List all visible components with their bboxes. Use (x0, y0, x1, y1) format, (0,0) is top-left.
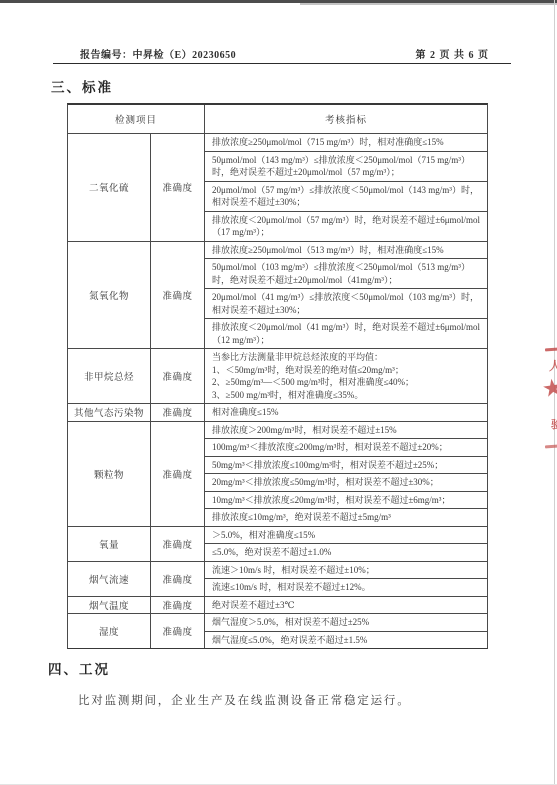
indicator-subrow: 烟气湿度＞5.0%，相对误差不超过±25% (205, 614, 487, 631)
indicator-text: ＞5.0%，相对准确度≤15% (212, 529, 483, 542)
red-seal-fragment: 人 ★ 验 (542, 344, 557, 456)
indicator-subrow: 排放浓度＜20μmol/mol（41 mg/m³）时，绝对误差不超过±6μmol… (205, 318, 487, 348)
table-row-group: 湿度准确度烟气湿度＞5.0%，相对误差不超过±25%烟气湿度≤5.0%，绝对误差… (68, 613, 487, 648)
indicator-text: 20mg/m³＜排放浓度≤50mg/m³时，相对误差不超过±30%； (212, 476, 483, 489)
indicator-subrow: 50μmol/mol（103 mg/m³）≤排放浓度＜250μmol/mol（5… (205, 258, 487, 288)
indicator-subrow: 50μmol/mol（143 mg/m³）≤排放浓度＜250μmol/mol（7… (205, 151, 487, 181)
indicator-subrow: 50mg/m³＜排放浓度≤100mg/m³时，相对误差不超过±25%； (205, 456, 487, 474)
table-metric-cell: 准确度 (151, 349, 205, 403)
indicator-subrow: 10mg/m³＜排放浓度≤20mg/m³时，相对误差不超过±6mg/m³； (205, 491, 487, 509)
table-row-group: 烟气流速准确度流速＞10m/s 时，相对误差不超过±10%；流速≤10m/s 时… (68, 561, 487, 596)
indicator-text: 排放浓度＜20μmol/mol（57 mg/m³）时，绝对误差不超过±6μmol… (212, 214, 483, 239)
header-divider (53, 63, 511, 64)
indicator-text: 流速≤10m/s 时，相对误差不超过±12%。 (212, 581, 483, 594)
indicator-text: 排放浓度≥250μmol/mol（715 mg/m³）时，相对准确度≤15% (212, 136, 483, 149)
table-indicator-cell: 当参比方法测量非甲烷总烃浓度的平均值：1、＜50mg/m³时，绝对误差的绝对值≤… (205, 349, 487, 403)
table-indicator-cell: 绝对误差不超过±3℃ (205, 597, 487, 614)
table-row-group: 氮氧化物准确度排放浓度≥250μmol/mol（513 mg/m³）时，相对准确… (68, 241, 487, 349)
indicator-subrow: ＞5.0%，相对准确度≤15% (205, 527, 487, 544)
table-metric-cell: 准确度 (151, 242, 205, 349)
seal-bar-top (545, 348, 557, 352)
indicator-text: 烟气湿度＞5.0%，相对误差不超过±25% (212, 616, 483, 629)
indicator-text: 3、≥500 mg/m³时，相对准确度≤35%。 (212, 389, 483, 402)
table-item-cell: 其他气态污染物 (68, 404, 151, 421)
table-metric-cell: 准确度 (151, 527, 205, 561)
indicator-text: 排放浓度＞200mg/m³时，相对误差不超过±15% (212, 424, 483, 437)
indicator-subrow: 20mg/m³＜排放浓度≤50mg/m³时，相对误差不超过±30%； (205, 473, 487, 491)
table-indicator-cell: 排放浓度＞200mg/m³时，相对误差不超过±15%100mg/m³＜排放浓度≤… (205, 422, 487, 526)
indicator-text: 流速＞10m/s 时，相对误差不超过±10%； (212, 564, 483, 577)
indicator-subrow: 排放浓度＞200mg/m³时，相对误差不超过±15% (205, 422, 487, 439)
indicator-subrow: 烟气湿度≤5.0%，绝对误差不超过±1.5% (205, 631, 487, 649)
page-header: 报告编号：中昇检（E）20230650 第 2 页 共 6 页 (0, 46, 557, 62)
indicator-text: 排放浓度≤10mg/m³，绝对误差不超过±5mg/m³ (212, 511, 483, 524)
table-indicator-cell: 相对准确度≤15% (205, 404, 487, 421)
table-row-group: 颗粒物准确度排放浓度＞200mg/m³时，相对误差不超过±15%100mg/m³… (68, 421, 487, 526)
table-body: 二氧化硫准确度排放浓度≥250μmol/mol（715 mg/m³）时，相对准确… (68, 133, 487, 648)
section-title-condition: 四、工况 (48, 658, 557, 678)
table-header-item: 检测项目 (68, 105, 205, 133)
table-row-group: 二氧化硫准确度排放浓度≥250μmol/mol（715 mg/m³）时，相对准确… (68, 133, 487, 241)
indicator-text: 绝对误差不超过±3℃ (212, 599, 483, 612)
standards-table: 检测项目 考核指标 二氧化硫准确度排放浓度≥250μmol/mol（715 mg… (67, 103, 488, 649)
table-row-group: 其他气态污染物准确度相对准确度≤15% (68, 403, 487, 421)
report-number: 报告编号：中昇检（E）20230650 (80, 46, 236, 61)
indicator-subrow: 排放浓度≥250μmol/mol（513 mg/m³）时，相对准确度≤15% (205, 242, 487, 259)
indicator-subrow: 相对准确度≤15% (205, 404, 487, 421)
indicator-text: 排放浓度＜20μmol/mol（41 mg/m³）时，绝对误差不超过±6μmol… (212, 321, 483, 346)
indicator-subrow: 绝对误差不超过±3℃ (205, 597, 487, 614)
table-metric-cell: 准确度 (151, 422, 205, 526)
table-row-group: 烟气温度准确度绝对误差不超过±3℃ (68, 596, 487, 614)
seal-text-fragment: 人 (549, 357, 557, 374)
indicator-text: 50μmol/mol（103 mg/m³）≤排放浓度＜250μmol/mol（5… (212, 261, 483, 286)
indicator-subrow: 排放浓度＜20μmol/mol（57 mg/m³）时，绝对误差不超过±6μmol… (205, 211, 487, 241)
table-row-group: 非甲烷总烃准确度当参比方法测量非甲烷总烃浓度的平均值：1、＜50mg/m³时，绝… (68, 348, 487, 403)
indicator-subrow: 排放浓度≤10mg/m³，绝对误差不超过±5mg/m³ (205, 508, 487, 526)
indicator-text: 烟气湿度≤5.0%，绝对误差不超过±1.5% (212, 634, 483, 647)
indicator-text: 50mg/m³＜排放浓度≤100mg/m³时，相对误差不超过±25%； (212, 459, 483, 472)
indicator-text: 当参比方法测量非甲烷总烃浓度的平均值： (212, 351, 483, 364)
indicator-text: 20μmol/mol（41 mg/m³）≤排放浓度＜50μmol/mol（103… (212, 291, 483, 316)
indicator-text: 100mg/m³＜排放浓度≤200mg/m³时，相对误差不超过±20%； (212, 441, 483, 454)
table-item-cell: 湿度 (68, 614, 151, 648)
indicator-text: 相对准确度≤15% (212, 406, 483, 419)
table-metric-cell: 准确度 (151, 614, 205, 648)
page-content: 三、标准 检测项目 考核指标 二氧化硫准确度排放浓度≥250μmol/mol（7… (0, 74, 557, 708)
table-indicator-cell: 排放浓度≥250μmol/mol（715 mg/m³）时，相对准确度≤15%50… (205, 134, 487, 241)
table-indicator-cell: 排放浓度≥250μmol/mol（513 mg/m³）时，相对准确度≤15%50… (205, 242, 487, 349)
indicator-subrow: 100mg/m³＜排放浓度≤200mg/m³时，相对误差不超过±20%； (205, 438, 487, 456)
table-header-indicator: 考核指标 (205, 105, 487, 133)
indicator-text: 排放浓度≥250μmol/mol（513 mg/m³）时，相对准确度≤15% (212, 244, 483, 257)
table-item-cell: 非甲烷总烃 (68, 349, 151, 403)
table-indicator-cell: 流速＞10m/s 时，相对误差不超过±10%；流速≤10m/s 时，相对误差不超… (205, 562, 487, 596)
table-indicator-cell: ＞5.0%，相对准确度≤15%≤5.0%，绝对误差不超过±1.0% (205, 527, 487, 561)
table-metric-cell: 准确度 (151, 134, 205, 241)
indicator-text: 1、＜50mg/m³时，绝对误差的绝对值≤20mg/m³； (212, 364, 483, 377)
indicator-subrow: 排放浓度≥250μmol/mol（715 mg/m³）时，相对准确度≤15% (205, 134, 487, 151)
indicator-text: 50μmol/mol（143 mg/m³）≤排放浓度＜250μmol/mol（7… (212, 154, 483, 179)
indicator-subrow: 流速＞10m/s 时，相对误差不超过±10%； (205, 562, 487, 579)
indicator-text: ≤5.0%，绝对误差不超过±1.0% (212, 546, 483, 559)
indicator-subrow: ≤5.0%，绝对误差不超过±1.0% (205, 543, 487, 561)
table-indicator-cell: 烟气湿度＞5.0%，相对误差不超过±25%烟气湿度≤5.0%，绝对误差不超过±1… (205, 614, 487, 648)
seal-text-fragment: 验 (551, 416, 557, 432)
table-metric-cell: 准确度 (151, 562, 205, 596)
table-item-cell: 氧量 (68, 527, 151, 561)
indicator-subrow: 20μmol/mol（57 mg/m³）≤排放浓度＜50μmol/mol（143… (205, 181, 487, 211)
table-item-cell: 氮氧化物 (68, 242, 151, 349)
table-item-cell: 颗粒物 (68, 422, 151, 526)
indicator-text: 10mg/m³＜排放浓度≤20mg/m³时，相对误差不超过±6mg/m³； (212, 494, 483, 507)
seal-bar-bottom (545, 445, 557, 449)
table-header-row: 检测项目 考核指标 (68, 105, 487, 133)
seal-star-icon: ★ (542, 376, 557, 403)
scanned-report-page: { "header": { "report_no": "报告编号：中昇检（E）2… (0, 0, 557, 785)
indicator-subrow: 20μmol/mol（41 mg/m³）≤排放浓度＜50μmol/mol（103… (205, 288, 487, 318)
condition-paragraph: 比对监测期间，企业生产及在线监测设备正常稳定运行。 (78, 692, 557, 708)
page-number: 第 2 页 共 6 页 (416, 46, 490, 61)
table-item-cell: 烟气温度 (68, 597, 151, 614)
table-metric-cell: 准确度 (151, 597, 205, 614)
indicator-subrow: 流速≤10m/s 时，相对误差不超过±12%。 (205, 578, 487, 596)
section-title-standard: 三、标准 (51, 76, 557, 96)
scan-edge-top-shadow (300, 3, 557, 5)
indicator-subrow: 当参比方法测量非甲烷总烃浓度的平均值：1、＜50mg/m³时，绝对误差的绝对值≤… (205, 349, 487, 403)
indicator-text: 20μmol/mol（57 mg/m³）≤排放浓度＜50μmol/mol（143… (212, 184, 483, 209)
indicator-text: 2、≥50mg/m³—＜500 mg/m³时，相对准确度≤40%； (212, 376, 483, 389)
table-item-cell: 烟气流速 (68, 562, 151, 596)
table-row-group: 氧量准确度＞5.0%，相对准确度≤15%≤5.0%，绝对误差不超过±1.0% (68, 526, 487, 561)
table-metric-cell: 准确度 (151, 404, 205, 421)
table-item-cell: 二氧化硫 (68, 134, 151, 241)
